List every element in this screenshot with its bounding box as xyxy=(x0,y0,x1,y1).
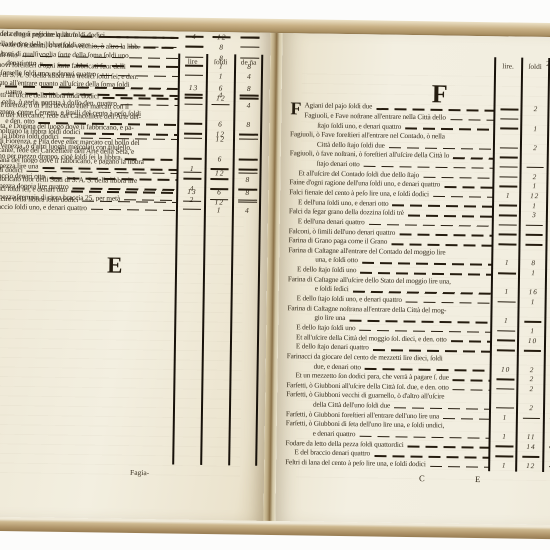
row-text: uattro xyxy=(6,88,24,96)
dash xyxy=(501,108,518,110)
dash xyxy=(184,94,202,96)
dash xyxy=(240,46,259,48)
value-cell: 1 xyxy=(520,297,547,307)
value-cell: 8 xyxy=(233,187,262,197)
value-cell xyxy=(492,384,518,394)
dash xyxy=(522,456,540,458)
value-cell: 4 xyxy=(180,32,208,42)
dash xyxy=(496,455,513,457)
row-text: due, e denari otto xyxy=(314,363,363,371)
leader-dashes xyxy=(453,157,494,159)
amount: 4 xyxy=(245,207,250,214)
value-cell xyxy=(235,42,264,52)
value-cell xyxy=(447,248,473,258)
dash xyxy=(238,201,257,203)
row-text: ſtajo denari otto xyxy=(317,161,362,169)
value-cell: 4 xyxy=(235,71,264,81)
amount: 12 xyxy=(215,198,224,206)
value-cell xyxy=(167,177,195,187)
dash xyxy=(500,147,517,149)
row-text: ſtajo ſoldi uno, e denari quattro xyxy=(317,122,403,130)
dash xyxy=(501,118,518,120)
row-text: E dello ſtajo ſoldi uno xyxy=(296,324,357,332)
leader-dashes xyxy=(80,36,178,39)
value-cell xyxy=(233,197,262,207)
amount: 1 xyxy=(530,328,535,335)
amount: 12 xyxy=(526,463,535,470)
value-cell xyxy=(453,277,479,287)
value-cell xyxy=(496,162,522,172)
dash xyxy=(498,272,515,274)
value-cell xyxy=(522,114,549,124)
row-text: Fodare da letto della pezza ſoldi quatto… xyxy=(285,440,405,449)
value-cell xyxy=(186,80,215,90)
value-cell: 1 xyxy=(494,259,520,269)
dash xyxy=(213,36,231,38)
value-cell xyxy=(546,327,550,337)
value-cell xyxy=(471,355,498,365)
leader-dashes xyxy=(453,379,491,381)
value-cell: 1 xyxy=(491,461,517,471)
leader-dashes xyxy=(453,389,491,391)
amount: 1 xyxy=(217,206,222,213)
amount: 1 xyxy=(505,260,510,267)
value-cell xyxy=(494,268,520,278)
leader-dashes xyxy=(369,224,493,227)
value-cell xyxy=(160,51,188,61)
value-cell xyxy=(518,413,545,423)
value-cell xyxy=(517,452,544,462)
value-cell: 8 xyxy=(545,385,550,395)
dash xyxy=(523,350,541,352)
dash xyxy=(240,95,259,97)
value-cell: 8 xyxy=(234,120,263,130)
dash xyxy=(499,243,516,245)
row-text: Farina di Grano paga come il Grano xyxy=(288,237,389,246)
value-cell xyxy=(448,306,474,316)
value-cell: 2 xyxy=(522,143,549,153)
dash xyxy=(184,103,202,105)
row-text: Città dello ſtajo ſoldi due xyxy=(317,141,387,149)
value-cell xyxy=(496,124,522,134)
row-text: e den. otto xyxy=(5,117,36,125)
amount: 1 xyxy=(502,434,507,441)
row-text: o del cento à peſo lire quattro xyxy=(0,30,79,39)
leader-dashes xyxy=(408,215,493,218)
leader-dashes xyxy=(365,368,491,371)
leader-dashes xyxy=(71,191,176,194)
value-cell xyxy=(141,138,169,148)
value-cell: 3 xyxy=(521,211,548,221)
amount: 13 xyxy=(187,188,196,196)
amount: 2 xyxy=(533,174,538,181)
value-cell xyxy=(473,133,500,143)
dash xyxy=(238,172,257,174)
value-cell: 10 xyxy=(519,336,546,346)
dash xyxy=(185,74,203,76)
amount: 10 xyxy=(528,338,537,345)
dash xyxy=(524,321,542,323)
leader-dashes xyxy=(433,196,493,198)
amount: 1 xyxy=(504,318,509,325)
amount: 8 xyxy=(247,63,252,70)
row-text: na ceſta, ò gerla, portata à doſſo den. … xyxy=(0,98,119,107)
leader-dashes xyxy=(394,407,490,410)
amount: 8 xyxy=(245,189,250,196)
amount: 6 xyxy=(217,189,222,196)
dash xyxy=(522,417,540,419)
value-cell xyxy=(233,168,262,178)
value-cell: 6 xyxy=(206,187,234,197)
row-text: della decina delle libbre ſoldi otto xyxy=(0,40,91,49)
value-cell: 4 xyxy=(545,433,550,443)
value-cell: 4 xyxy=(547,298,550,308)
amount: 8 xyxy=(219,43,224,50)
leader-dashes xyxy=(26,93,178,97)
leader-dashes xyxy=(374,455,489,458)
value-cell xyxy=(492,403,518,413)
value-cell xyxy=(546,317,550,327)
value-cell xyxy=(196,138,225,148)
value-cell xyxy=(180,61,208,71)
value-cell xyxy=(139,176,167,186)
value-cell xyxy=(447,132,473,142)
leader-dashes xyxy=(121,104,178,106)
amount: 4 xyxy=(247,73,252,80)
drop-cap: F xyxy=(290,99,301,117)
catchword: Fagia- xyxy=(130,468,149,477)
value-cell xyxy=(496,143,522,153)
right-page-rows: Agiani del pajo ſoldi due2Fagiuoli, e Fa… xyxy=(276,101,550,472)
value-cell xyxy=(474,306,501,316)
value-cell xyxy=(234,129,263,139)
value-cell xyxy=(496,114,522,124)
open-book: lire ſoldi de ña di ſeta d'ogni ragione … xyxy=(0,14,550,540)
value-cell xyxy=(495,181,521,191)
value-cell xyxy=(493,326,519,336)
row-text: Feltri di lana del cento à peſo lire una… xyxy=(285,459,428,468)
value-cell xyxy=(545,414,550,424)
value-cell xyxy=(208,32,236,42)
value-cell xyxy=(170,109,198,119)
leader-dashes xyxy=(389,147,494,150)
leader-dashes xyxy=(391,243,492,246)
value-cell: 12 xyxy=(521,191,548,201)
value-cell: 13 xyxy=(178,187,206,197)
value-cell: 6 xyxy=(207,119,235,129)
value-cell xyxy=(472,393,499,403)
dash xyxy=(497,340,514,342)
value-cell xyxy=(235,91,264,101)
dash xyxy=(240,37,259,39)
leader-dashes xyxy=(39,122,178,126)
amount: 14 xyxy=(526,444,535,451)
dash xyxy=(498,330,515,332)
row-text: l'uſcire della libbra ſoldi dodici xyxy=(0,195,80,204)
dash xyxy=(185,45,203,47)
leader-dashes xyxy=(353,291,492,295)
leader-dashes xyxy=(84,133,177,136)
value-cell: 1 xyxy=(520,269,547,279)
value-cell: 2 xyxy=(518,375,545,385)
dash xyxy=(183,200,201,202)
row-text: E dello ſtajo denari quattro xyxy=(296,344,371,352)
leader-dashes xyxy=(91,208,176,211)
value-cell xyxy=(136,147,164,157)
dash xyxy=(183,171,201,173)
row-text: gio lire una xyxy=(314,315,347,323)
dash xyxy=(498,301,515,303)
amount: 10 xyxy=(501,366,510,373)
amount: 2 xyxy=(534,106,539,113)
amount: 1 xyxy=(531,299,536,306)
value-cell: 10 xyxy=(493,365,519,375)
leader-dashes xyxy=(405,128,494,131)
amount: 11 xyxy=(527,434,536,441)
value-cell xyxy=(495,201,521,211)
amount: 2 xyxy=(530,367,535,374)
amount: 12 xyxy=(216,130,225,138)
dash xyxy=(184,133,202,135)
book-rotation-wrapper: lire ſoldi de ña di ſeta d'ogni ragione … xyxy=(0,0,550,550)
dash xyxy=(499,224,516,226)
amount: 1 xyxy=(219,63,224,70)
value-cell xyxy=(522,162,549,172)
value-cell xyxy=(198,109,227,119)
row-text: oldi dodici xyxy=(0,166,25,174)
value-cell: 14 xyxy=(517,442,544,452)
value-cell xyxy=(500,249,530,259)
value-cell xyxy=(179,119,207,129)
row-text: Et all'uſcire del Contado ſoldi due dell… xyxy=(298,170,421,179)
leader-dashes xyxy=(444,186,493,188)
value-cell xyxy=(179,99,207,109)
leader-dashes xyxy=(349,320,491,324)
value-cell xyxy=(545,404,550,414)
amount: 1 xyxy=(503,414,508,421)
book-spread: lire ſoldi de ña di ſeta d'ogni ragione … xyxy=(0,28,550,526)
amount: 1 xyxy=(502,463,507,470)
dash xyxy=(525,234,543,236)
value-cell: 2 xyxy=(522,105,549,115)
leader-dashes xyxy=(430,466,490,468)
amount: 4 xyxy=(247,102,252,109)
value-cell xyxy=(146,157,174,167)
row-text: una, e ſoldi otto xyxy=(315,257,360,265)
row-text: la ſomella ſoldi uno, e denari quattro xyxy=(0,69,98,78)
value-cell: 12 xyxy=(206,168,234,178)
value-cell: 2 xyxy=(518,384,545,394)
amount: 1 xyxy=(532,203,537,210)
leader-dashes xyxy=(408,446,490,449)
row-text: E dell'una ſoldi uno, e denari otto xyxy=(298,199,391,208)
value-cell xyxy=(493,336,519,346)
value-cell: 1 xyxy=(521,201,548,211)
value-cell xyxy=(494,239,520,249)
value-cell xyxy=(472,422,499,432)
value-cell xyxy=(499,422,529,432)
row-text: E dello ſtajo ſoldi uno, e denari quattr… xyxy=(297,295,404,304)
value-cell xyxy=(522,153,549,163)
amount: 2 xyxy=(529,405,534,412)
leader-dashes xyxy=(100,75,178,78)
value-cell xyxy=(495,220,521,230)
dash xyxy=(185,65,203,67)
dash xyxy=(496,407,513,409)
value-cell: 11 xyxy=(518,432,545,442)
row-text: E dell'una denari quattro xyxy=(298,218,367,226)
value-cell: 4 xyxy=(234,100,263,110)
value-cell: 1 xyxy=(495,191,521,201)
leader-dashes xyxy=(373,349,491,352)
value-cell xyxy=(446,393,472,403)
dash xyxy=(499,234,516,236)
catchword-signature: E xyxy=(475,474,480,484)
amount: 16 xyxy=(529,289,538,296)
value-cell xyxy=(178,196,206,206)
value-cell: 1 xyxy=(522,124,549,134)
value-cell xyxy=(494,297,520,307)
value-cell: 2 xyxy=(518,403,545,413)
dash xyxy=(500,166,517,168)
value-cell: 8 xyxy=(208,42,236,52)
value-cell xyxy=(499,394,529,404)
row-text: e denari quattro xyxy=(313,431,358,439)
column-header-lire: lire. xyxy=(495,61,521,70)
value-cell xyxy=(521,220,548,230)
value-cell xyxy=(495,230,521,240)
value-cell xyxy=(495,172,521,182)
value-cell xyxy=(180,70,208,80)
value-cell xyxy=(207,100,235,110)
leader-dashes xyxy=(399,234,492,237)
dash xyxy=(499,214,516,216)
value-cell: 12 xyxy=(517,461,544,471)
leader-dashes xyxy=(82,200,176,203)
amount: 4 xyxy=(192,33,197,40)
dash xyxy=(500,176,517,178)
value-cell xyxy=(180,90,208,100)
leader-dashes xyxy=(364,166,494,170)
value-cell xyxy=(520,240,547,250)
value-cell: 2 xyxy=(521,172,548,182)
value-cell xyxy=(496,152,522,162)
row-text: della Città dell'uno ſoldi due xyxy=(313,402,392,410)
amount: 1 xyxy=(219,72,224,79)
amount: 1 xyxy=(531,270,536,277)
amount: 4 xyxy=(218,92,223,99)
dash xyxy=(525,224,543,226)
row-text: o noſtrano la libbra ſoldi dodici xyxy=(0,127,82,136)
leader-dashes xyxy=(406,301,492,304)
value-cell xyxy=(496,104,522,114)
left-page-rows-e: o del cento à peſo lire quattro4della de… xyxy=(0,28,265,207)
value-cell xyxy=(544,442,550,452)
value-cell xyxy=(501,307,531,317)
amount: 2 xyxy=(530,376,535,383)
leader-dashes xyxy=(443,418,490,420)
value-cell xyxy=(180,41,208,51)
value-cell xyxy=(235,32,264,42)
value-cell xyxy=(495,210,521,220)
value-cell: 1 xyxy=(521,182,548,192)
amount: 3 xyxy=(532,212,537,219)
leader-dashes xyxy=(93,46,179,49)
value-cell xyxy=(446,422,472,432)
value-cell xyxy=(132,50,160,60)
leader-dashes xyxy=(451,341,491,343)
value-cell: 4 xyxy=(544,452,550,462)
amount: 1 xyxy=(532,183,537,190)
leader-dashes xyxy=(359,436,489,440)
value-cell xyxy=(491,451,517,461)
value-cell: 8 xyxy=(235,61,264,71)
value-cell: 1 xyxy=(493,316,519,326)
dash xyxy=(501,128,518,130)
value-cell xyxy=(194,177,223,187)
value-cell: 1 xyxy=(492,432,518,442)
value-cell: 1 xyxy=(207,71,235,81)
column-header-soldi: ſoldi xyxy=(522,62,548,71)
value-cell: 1 xyxy=(208,61,236,71)
value-cell xyxy=(179,128,207,138)
amount: 8 xyxy=(531,261,536,268)
value-cell xyxy=(493,345,519,355)
section-heading-e: E xyxy=(107,253,123,279)
leader-dashes xyxy=(376,108,494,111)
value-cell xyxy=(544,462,550,472)
value-cell xyxy=(169,138,197,148)
value-cell xyxy=(519,346,546,356)
row-text: Falconi, ò ſimili dell'uno denari quattr… xyxy=(289,228,398,237)
value-cell: 2 xyxy=(519,365,546,375)
leader-dashes xyxy=(393,205,494,208)
value-cell: 12 xyxy=(206,197,234,207)
amount: 1 xyxy=(504,289,509,296)
gathering-signature: C xyxy=(419,473,425,483)
value-cell: 1 xyxy=(492,413,518,423)
dash xyxy=(239,133,258,135)
value-cell xyxy=(500,133,530,143)
value-cell: 1 xyxy=(519,326,546,336)
row-text: denari otto xyxy=(6,59,38,67)
amount: 8 xyxy=(246,121,251,128)
left-page: lire ſoldi de ña di ſeta d'ogni ragione … xyxy=(0,28,271,521)
value-cell xyxy=(519,317,546,327)
amount: 2 xyxy=(533,145,538,152)
row-text: e ſoldi ſedici xyxy=(315,286,351,294)
dash xyxy=(212,104,230,106)
value-cell xyxy=(521,230,548,240)
value-cell: 8 xyxy=(520,259,547,269)
leader-dashes xyxy=(40,64,178,68)
dash xyxy=(500,185,517,187)
value-cell: 8 xyxy=(546,365,550,375)
dash xyxy=(500,157,517,159)
dash xyxy=(499,205,516,207)
row-text: E del braccio denari quattro xyxy=(294,450,372,458)
value-cell xyxy=(498,355,528,365)
value-cell xyxy=(178,167,206,177)
dash xyxy=(496,446,513,448)
amount: 1 xyxy=(506,193,511,200)
value-cell: 12 xyxy=(207,129,235,139)
dash xyxy=(183,208,201,210)
value-cell: 16 xyxy=(520,288,547,298)
dash xyxy=(526,167,544,169)
amount: 1 xyxy=(533,126,538,133)
photo-background: lire ſoldi de ña di ſeta d'ogni ragione … xyxy=(0,0,550,550)
